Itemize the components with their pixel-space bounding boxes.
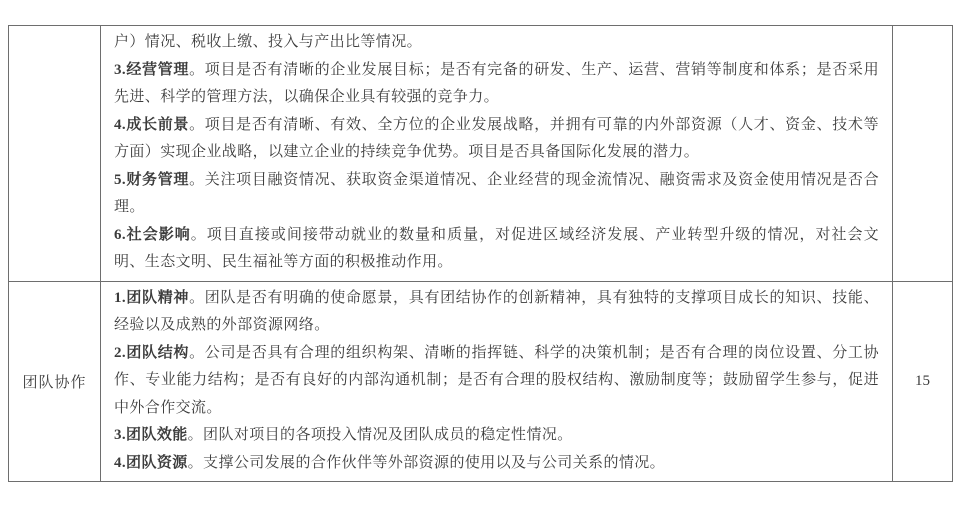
- criteria-paragraph: 5.财务管理。关注项目融资情况、获取资金渠道情况、企业经营的现金流情况、融资需求…: [114, 167, 879, 222]
- category-cell: [9, 26, 101, 281]
- criteria-paragraph: 4.成长前景。项目是否有清晰、有效、全方位的企业发展战略，并拥有可靠的内外部资源…: [114, 112, 879, 167]
- criteria-heading: 4.团队资源: [114, 455, 188, 471]
- table-row: 团队协作1.团队精神。团队是否有明确的使命愿景，具有团结协作的创新精神，具有独特…: [9, 281, 952, 482]
- category-cell: 团队协作: [9, 282, 101, 482]
- criteria-heading: 3.经营管理: [114, 62, 189, 78]
- criteria-heading: 2.团队结构: [114, 345, 189, 361]
- criteria-paragraph: 2.团队结构。公司是否具有合理的组织构架、清晰的指挥链、科学的决策机制；是否有合…: [114, 340, 879, 423]
- criteria-paragraph: 1.团队精神。团队是否有明确的使命愿景，具有团结协作的创新精神，具有独特的支撑项…: [114, 285, 879, 340]
- criteria-heading: 3.团队效能: [114, 427, 188, 443]
- criteria-heading: 1.团队精神: [114, 290, 189, 306]
- criteria-cell: 户）情况、税收上缴、投入与产出比等情况。3.经营管理。项目是否有清晰的企业发展目…: [101, 26, 892, 281]
- table-row: 户）情况、税收上缴、投入与产出比等情况。3.经营管理。项目是否有清晰的企业发展目…: [9, 26, 952, 281]
- evaluation-table: 户）情况、税收上缴、投入与产出比等情况。3.经营管理。项目是否有清晰的企业发展目…: [8, 25, 953, 482]
- criteria-paragraph: 4.团队资源。支撑公司发展的合作伙伴等外部资源的使用以及与公司关系的情况。: [114, 450, 879, 478]
- criteria-paragraph: 3.团队效能。团队对项目的各项投入情况及团队成员的稳定性情况。: [114, 422, 879, 450]
- criteria-paragraph: 6.社会影响。项目直接或间接带动就业的数量和质量，对促进区域经济发展、产业转型升…: [114, 222, 879, 277]
- document-page: 户）情况、税收上缴、投入与产出比等情况。3.经营管理。项目是否有清晰的企业发展目…: [0, 0, 961, 525]
- criteria-heading: 4.成长前景: [114, 117, 189, 133]
- score-cell: [892, 26, 952, 281]
- criteria-paragraph: 户）情况、税收上缴、投入与产出比等情况。: [114, 29, 879, 57]
- criteria-heading: 5.财务管理: [114, 172, 189, 188]
- criteria-heading: 6.社会影响: [114, 227, 191, 243]
- score-cell: 15: [892, 282, 952, 482]
- criteria-paragraph: 3.经营管理。项目是否有清晰的企业发展目标；是否有完备的研发、生产、运营、营销等…: [114, 57, 879, 112]
- criteria-cell: 1.团队精神。团队是否有明确的使命愿景，具有团结协作的创新精神，具有独特的支撑项…: [101, 282, 892, 482]
